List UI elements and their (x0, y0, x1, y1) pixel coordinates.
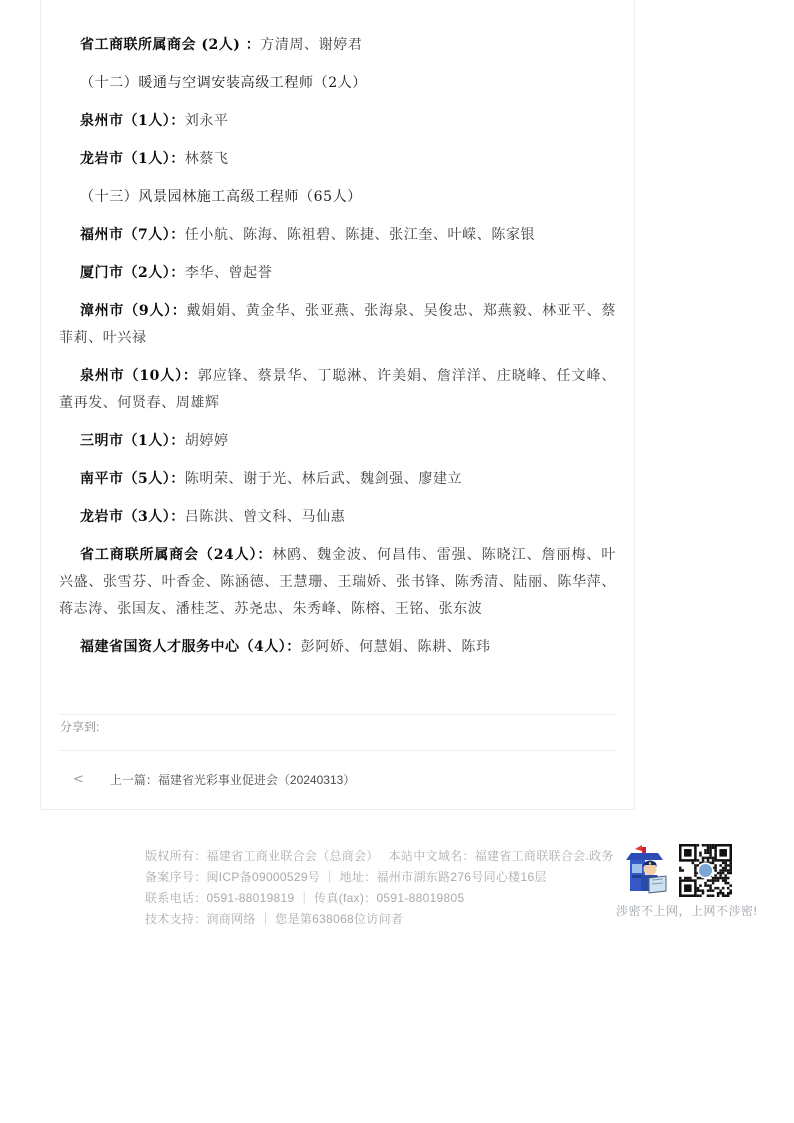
roster-entry: 泉州市（1人）：刘永平 (59, 108, 616, 135)
entry-label: 漳州市（9人）： (80, 303, 186, 319)
footer-line: 联系电话：0591-88019819 ｜ 传真(fax)：0591-880198… (145, 888, 614, 909)
roster-entry: 福州市（7人）：任小航、陈海、陈祖碧、陈捷、张江奎、叶嵘、陈家银 (59, 222, 616, 249)
prev-article-label: 上一篇：福建省光彩事业促进会（20240313） (110, 771, 355, 788)
entry-label: 南平市（5人）： (80, 471, 185, 487)
entry-label: 泉州市（1人）： (80, 113, 185, 129)
entry-label: 厦门市（2人）： (80, 265, 185, 281)
roster-entry: 漳州市（9人）：戴娟娟、黄金华、张亚燕、张海泉、吴俊忠、郑燕毅、林亚平、蔡菲莉、… (59, 298, 616, 352)
section-heading: （十二）暖通与空调安装高级工程师（2人） (59, 70, 616, 97)
entry-names: 陈明荣、谢于光、林后武、魏剑强、廖建立 (185, 471, 462, 487)
entry-label: 福建省国资人才服务中心（4人）： (80, 639, 301, 655)
roster-entry: 三明市（1人）：胡婷婷 (59, 428, 616, 455)
police-badge-icon (621, 845, 668, 894)
entry-label: 省工商联所属商会 (2人) ： (80, 37, 260, 53)
share-label: 分享到: (60, 718, 99, 735)
entry-names: 林蔡飞 (185, 151, 229, 167)
roster-entry: 厦门市（2人）：李华、曾起誉 (59, 260, 616, 287)
roster-entry: 福建省国资人才服务中心（4人）：彭阿娇、何慧娟、陈耕、陈玮 (59, 634, 616, 661)
roster-entry: 南平市（5人）：陈明荣、谢于光、林后武、魏剑强、廖建立 (59, 466, 616, 493)
entry-names: 任小航、陈海、陈祖碧、陈捷、张江奎、叶嵘、陈家银 (185, 227, 535, 243)
divider (59, 714, 616, 715)
entry-names: 吕陈洪、曾文科、马仙惠 (185, 509, 346, 525)
footer-line: 备案序号：闽ICP备09000529号 ｜ 地址：福州市湖东路276号同心楼16… (145, 867, 614, 888)
entry-names: 刘永平 (185, 113, 229, 129)
entry-label: 泉州市（10人）： (80, 368, 198, 384)
section-heading: （十三）风景园林施工高级工程师（65人） (59, 184, 616, 211)
entry-label: 省工商联所属商会（24人）： (80, 547, 272, 563)
footer-line: 技术支持：润商网络 ｜ 您是第638068位访问者 (145, 909, 614, 930)
roster-entry: 省工商联所属商会（24人）：林鸥、魏金波、何昌伟、雷强、陈晓江、詹丽梅、叶兴盛、… (59, 542, 616, 623)
roster-entry: 省工商联所属商会 (2人) ：方清周、谢婷君 (59, 32, 616, 59)
site-footer: 版权所有：福建省工商业联合会（总商会） 本站中文域名：福建省工商联联合会.政务备… (0, 843, 794, 943)
footer-line: 版权所有：福建省工商业联合会（总商会） 本站中文域名：福建省工商联联合会.政务 (145, 846, 614, 867)
entry-names: 胡婷婷 (185, 433, 229, 449)
roster-entry: 泉州市（10人）：郭应锋、蔡景华、丁聪淋、许美娟、詹洋洋、庄晓峰、任文峰、董再发… (59, 363, 616, 417)
entry-label: 福州市（7人）： (80, 227, 185, 243)
entry-label: 龙岩市（3人）： (80, 509, 185, 525)
entry-label: 三明市（1人）： (80, 433, 185, 449)
divider (59, 750, 616, 751)
entry-names: 彭阿娇、何慧娟、陈耕、陈玮 (301, 639, 491, 655)
roster-entry: 龙岩市（1人）：林蔡飞 (59, 146, 616, 173)
entry-names: 方清周、谢婷君 (260, 37, 362, 53)
qr-code-image (679, 844, 732, 897)
roster-entry: 龙岩市（3人）：吕陈洪、曾文科、马仙惠 (59, 504, 616, 531)
security-slogan: 涉密不上网，上网不涉密! (616, 902, 757, 919)
article-body: 省工商联所属商会 (2人) ：方清周、谢婷君（十二）暖通与空调安装高级工程师（2… (41, 0, 634, 661)
prev-article-link[interactable]: < 上一篇：福建省光彩事业促进会（20240313） (73, 771, 355, 788)
footer-info: 版权所有：福建省工商业联合会（总商会） 本站中文域名：福建省工商联联合会.政务备… (145, 846, 614, 930)
entry-label: 龙岩市（1人）： (80, 151, 185, 167)
entry-names: 李华、曾起誉 (185, 265, 273, 281)
chevron-left-icon: < (73, 772, 84, 787)
article-card: 省工商联所属商会 (2人) ：方清周、谢婷君（十二）暖通与空调安装高级工程师（2… (40, 0, 635, 810)
